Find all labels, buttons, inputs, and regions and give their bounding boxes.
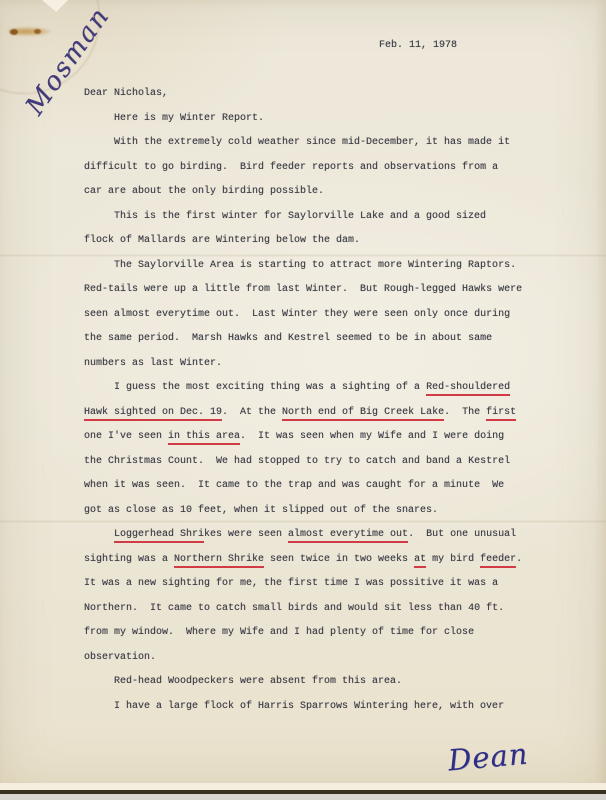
red-underlined-text: Loggerhead Shri: [114, 529, 204, 543]
letter-text: when it was seen. It came to the trap an…: [84, 480, 504, 491]
letter-text: one I've seen: [84, 431, 168, 442]
letter-text: . But one unusual: [408, 529, 516, 540]
letter-line: Red-head Woodpeckers were absent from th…: [84, 670, 554, 695]
letter-line: sighting was a Northern Shrike seen twic…: [84, 548, 554, 573]
red-underlined-text: first: [486, 407, 516, 421]
letter-text: .: [516, 554, 522, 565]
letter-text: sighting was a: [84, 554, 174, 565]
letter-text: my bird: [426, 554, 480, 565]
letter-text: . It was seen when my Wife and I were do…: [240, 431, 504, 442]
letter-text: kes were seen: [204, 529, 288, 540]
letter-text: The Saylorville Area is starting to attr…: [114, 260, 516, 271]
red-underlined-text: at: [414, 554, 426, 568]
letter-text: With the extremely cold weather since mi…: [114, 137, 510, 148]
letter-text: It was a new sighting for me, the first …: [84, 578, 498, 589]
letter-text: Northern. It came to catch small birds a…: [84, 603, 504, 614]
letter-text: . The: [444, 407, 486, 418]
letter-text: This is the first winter for Saylorville…: [114, 211, 486, 222]
letter-line: Hawk sighted on Dec. 19. At the North en…: [84, 401, 554, 426]
letter-body: Dear Nicholas,Here is my Winter Report.W…: [84, 82, 554, 719]
red-underlined-text: Red-shouldered: [426, 382, 510, 396]
letter-line: flock of Mallards are Wintering below th…: [84, 229, 554, 254]
paper-bottom-edge-highlight: [0, 783, 606, 790]
letter-line: difficult to go birding. Bird feeder rep…: [84, 156, 554, 181]
letter-line: observation.: [84, 646, 554, 671]
letter-text: I guess the most exciting thing was a si…: [114, 382, 426, 393]
letter-text: Red-tails were up a little from last Win…: [84, 284, 522, 295]
letter-line: Here is my Winter Report.: [84, 107, 554, 132]
letter-text: numbers as last Winter.: [84, 358, 222, 369]
letter-text: seen twice in two weeks: [264, 554, 414, 565]
red-underlined-text: in this area: [168, 431, 240, 445]
red-underlined-text: feeder: [480, 554, 516, 568]
letter-date: Feb. 11, 1978: [379, 40, 457, 51]
letter-text: seen almost everytime out. Last Winter t…: [84, 309, 510, 320]
red-underlined-text: almost everytime out: [288, 529, 408, 543]
letter-text: the Christmas Count. We had stopped to t…: [84, 456, 510, 467]
letter-text: Here is my Winter Report.: [114, 113, 264, 124]
letter-line: one I've seen in this area. It was seen …: [84, 425, 554, 450]
letter-text: car are about the only birding possible.: [84, 186, 324, 197]
rust-spot: [10, 29, 18, 35]
red-underlined-text: North end of Big Creek Lake: [282, 407, 444, 421]
letter-line: from my window. Where my Wife and I had …: [84, 621, 554, 646]
letter-line: car are about the only birding possible.: [84, 180, 554, 205]
letter-page: Mosman Feb. 11, 1978 Dear Nicholas,Here …: [0, 0, 606, 790]
letter-line: This is the first winter for Saylorville…: [84, 205, 554, 230]
letter-text: got as close as 10 feet, when it slipped…: [84, 505, 438, 516]
letter-text: I have a large flock of Harris Sparrows …: [114, 701, 504, 712]
red-underlined-text: Hawk sighted on Dec. 19: [84, 407, 222, 421]
letter-line: Loggerhead Shrikes were seen almost ever…: [84, 523, 554, 548]
letter-text: flock of Mallards are Wintering below th…: [84, 235, 360, 246]
scanner-background: [0, 794, 606, 800]
letter-line: numbers as last Winter.: [84, 352, 554, 377]
letter-line: With the extremely cold weather since mi…: [84, 131, 554, 156]
letter-line: Dear Nicholas,: [84, 82, 554, 107]
letter-line: The Saylorville Area is starting to attr…: [84, 254, 554, 279]
letter-line: I guess the most exciting thing was a si…: [84, 376, 554, 401]
letter-line: the Christmas Count. We had stopped to t…: [84, 450, 554, 475]
signature: Dean: [447, 737, 530, 778]
letter-line: the same period. Marsh Hawks and Kestrel…: [84, 327, 554, 352]
letter-text: Red-head Woodpeckers were absent from th…: [114, 676, 402, 687]
letter-text: . At the: [222, 407, 282, 418]
letter-text: from my window. Where my Wife and I had …: [84, 627, 474, 638]
letter-line: Red-tails were up a little from last Win…: [84, 278, 554, 303]
letter-text: Dear Nicholas,: [84, 88, 168, 99]
letter-line: Northern. It came to catch small birds a…: [84, 597, 554, 622]
letter-line: I have a large flock of Harris Sparrows …: [84, 695, 554, 720]
letter-line: when it was seen. It came to the trap an…: [84, 474, 554, 499]
letter-text: the same period. Marsh Hawks and Kestrel…: [84, 333, 492, 344]
rust-spot: [34, 29, 41, 34]
letter-line: It was a new sighting for me, the first …: [84, 572, 554, 597]
letter-text: observation.: [84, 652, 156, 663]
letter-line: got as close as 10 feet, when it slipped…: [84, 499, 554, 524]
scanned-letter: Mosman Feb. 11, 1978 Dear Nicholas,Here …: [0, 0, 606, 800]
red-underlined-text: Northern Shrike: [174, 554, 264, 568]
letter-line: seen almost everytime out. Last Winter t…: [84, 303, 554, 328]
letter-text: difficult to go birding. Bird feeder rep…: [84, 162, 498, 173]
